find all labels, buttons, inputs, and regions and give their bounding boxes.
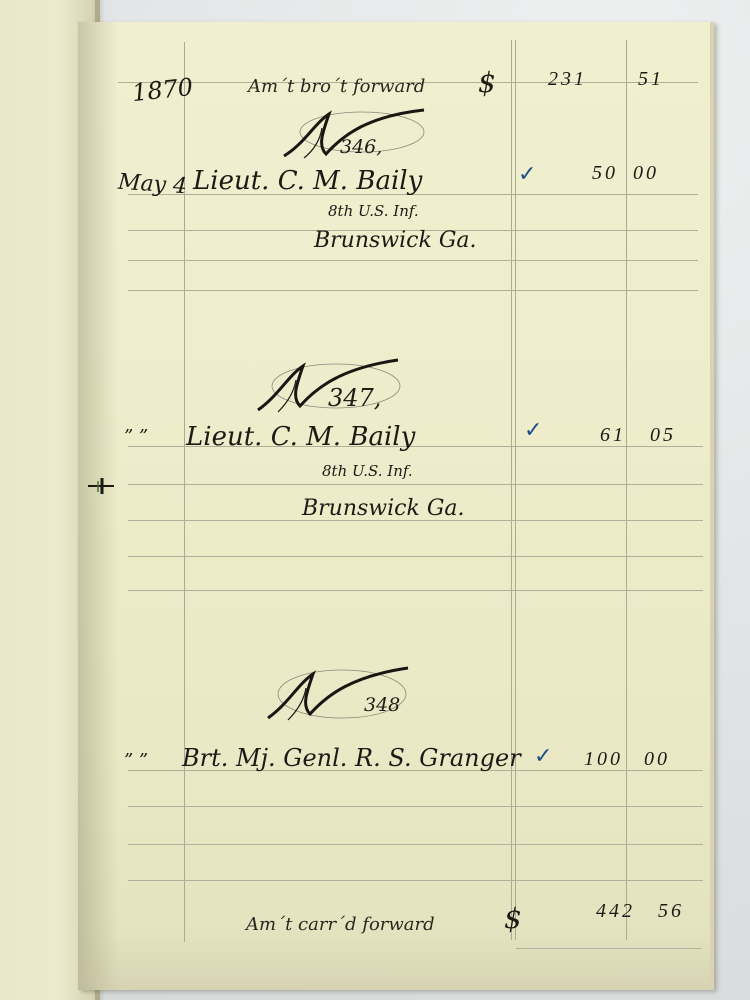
row-rule [128,806,703,807]
entry-location: Brunswick Ga. [302,496,465,521]
carried-forward-cents: 56 [658,900,684,923]
row-rule [128,844,703,845]
entry-number-346: No. 346, [274,104,474,164]
entry-number: 346, [340,136,382,158]
entry-amount-cents: 05 [650,424,676,447]
entry-location: Brunswick Ga. [314,228,477,253]
entry-number-348: No. 348 [258,664,458,724]
header-dollar-sign: $ [478,66,496,99]
brought-forward-dollars: 231 [548,68,587,91]
checkmark-icon: ✓ [518,162,536,187]
gutter-shadow [78,22,118,990]
row-rule [128,880,703,881]
checkmark-icon: ✓ [534,744,552,769]
entry-amount-dollars: 61 [600,424,626,447]
page-bottom-curl [78,930,710,990]
cents-column-rule [626,40,627,940]
entry-amount-dollars: 100 [584,748,623,771]
entry-date: May 4 [117,170,188,200]
entry-payee: Brt. Mj. Genl. R. S. Granger [182,744,521,772]
entry-payee: Lieut. C. M. Baily [193,166,422,196]
row-rule [128,290,698,291]
entry-amount-cents: 00 [644,748,670,771]
carried-forward-dollars: 442 [596,900,635,923]
entry-unit: 8th U.S. Inf. [322,462,413,480]
entry-amount-cents: 00 [633,162,659,185]
entry-amount-dollars: 50 [592,162,618,185]
amount-column-left-rule [511,40,512,940]
entry-date-ditto: ” ” [124,750,148,771]
ledger-page: 1870 Am´t bro´t forward $ 231 51 No. 346… [78,22,714,990]
checkmark-icon: ✓ [524,418,542,443]
brought-forward-label: Am´t bro´t forward [248,76,425,97]
entry-number-347: No. 347, [248,356,448,416]
entry-unit: 8th U.S. Inf. [328,202,419,220]
entry-number: 347, [328,384,381,412]
brought-forward-cents: 51 [638,68,664,91]
row-rule [128,590,703,591]
row-rule [128,260,698,261]
row-rule [128,484,703,485]
row-rule [128,556,703,557]
amount-column-left-rule-double [515,40,516,940]
entry-date-ditto: ” ” [124,426,148,447]
entry-number: 348 [364,694,400,716]
pin-mark-icon [88,478,114,494]
entry-payee: Lieut. C. M. Baily [186,422,415,452]
